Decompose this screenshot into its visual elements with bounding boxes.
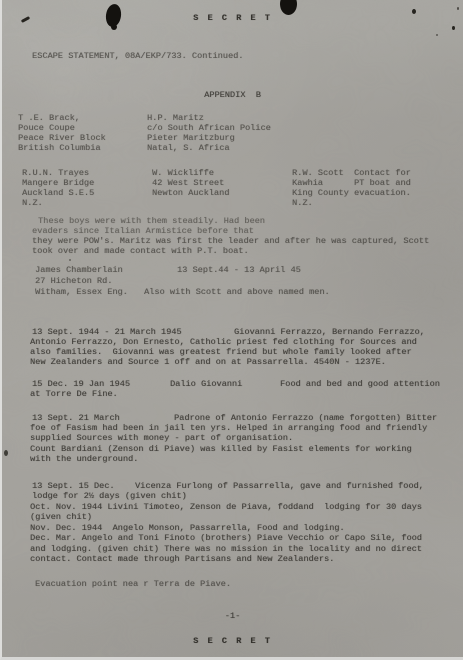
address-line: Auckland S.E.5 <box>22 188 94 199</box>
date-range: 13 Sept. 15 Dec. <box>32 481 115 492</box>
contact-name: James Chamberlain <box>35 265 123 276</box>
paragraph-line: and lodging. (given chit) There was no m… <box>30 544 422 555</box>
paragraph-line: Food and bed and good attention <box>280 379 440 390</box>
ink-speck <box>436 34 438 36</box>
classification-stamp-bottom: S E C R E T <box>2 636 463 647</box>
paragraph-line: foe of Fasism had been in jail ten yrs. … <box>30 423 427 434</box>
paragraph-line: These boys were with them steadily. Had … <box>38 216 265 227</box>
address-line: Peace River Block <box>18 133 106 144</box>
address-line: Pieter Maritzburg <box>147 133 235 144</box>
date-range: 13 Sept. 21 March <box>32 413 120 424</box>
paragraph-line: New Zealanders and Source 1 off and on a… <box>30 357 386 368</box>
paragraph-line: lodge for 2½ days (given chit) <box>32 491 187 502</box>
contact-name: Dalio Giovanni <box>170 379 242 390</box>
date-range: 13 Sept. 1944 - 21 March 1945 <box>32 327 182 338</box>
address-line: W. Wickliffe <box>152 168 214 179</box>
address-line: Newton Auckland <box>152 188 229 199</box>
scanned-document-page: S E C R E T ESCAPE STATEMENT, 08A/EKP/73… <box>0 0 463 660</box>
ink-speck <box>457 7 459 10</box>
address-line: N.Z. <box>292 198 313 209</box>
contact-note-line: Also with Scott and above named men. <box>144 287 330 298</box>
paragraph-line: Oct. Nov. 1944 Livini Timoteo, Zenson de… <box>30 502 422 513</box>
address-line: Witham, Essex Eng. <box>35 287 128 298</box>
paragraph-line: Dec. Mar. Angelo and Toni Finoto (brothe… <box>30 533 422 544</box>
date-range: 15 Dec. 19 Jan 1945 <box>32 379 130 390</box>
evacuation-note: Evacuation point nea r Terra de Piave. <box>35 579 231 590</box>
paragraph-line: (given chit) <box>30 512 92 523</box>
paragraph-line: at Torre De Fine. <box>30 389 118 400</box>
ink-blot <box>111 24 117 30</box>
paragraph-line: with the underground. <box>30 454 138 465</box>
paragraph-line: Nov. Dec. 1944 Angelo Monson, Passarrell… <box>30 523 345 534</box>
paragraph-line: Padrone of Antonio Ferrazzo (name forgot… <box>174 413 437 424</box>
paragraph-line: supplied Sources with money - part of or… <box>30 433 293 444</box>
address-line: Kawhia <box>292 178 323 189</box>
paragraph-line: evaders since Italian Armistice before t… <box>32 226 254 237</box>
appendix-title: APPENDIX B <box>2 90 463 101</box>
paragraph-line: took over and made contact with P.T. boa… <box>32 246 249 257</box>
address-line: c/o South African Police <box>147 123 271 134</box>
page-number: -1- <box>2 611 463 622</box>
address-line: Mangere Bridge <box>22 178 94 189</box>
ink-speck <box>69 259 71 261</box>
date-range: 13 Sept.44 - 13 April 45 <box>177 265 301 276</box>
address-line: N.Z. <box>22 198 43 209</box>
classification-stamp-top: S E C R E T <box>2 13 463 24</box>
address-line: R.U.N. Trayes <box>22 168 89 179</box>
paragraph-line: also families. Giovanni was greatest fri… <box>30 347 412 358</box>
address-line: R.W. Scott <box>292 168 344 179</box>
ink-speck <box>452 26 455 30</box>
contact-note-line: Contact for <box>354 168 411 179</box>
address-line: Pouce Coupe <box>18 123 75 134</box>
ink-speck <box>4 450 8 456</box>
address-line: H.P. Maritz <box>147 113 204 124</box>
address-line: T .E. Brack, <box>18 113 80 124</box>
paragraph-line: Count Bardiani (Zenson di Piave) was kil… <box>30 444 412 455</box>
address-line: Natal, S. Africa <box>147 143 230 154</box>
contact-note-line: PT boat and <box>354 178 411 189</box>
address-line: British Columbia <box>18 143 101 154</box>
document-reference: ESCAPE STATEMENT, 08A/EKP/733. Continued… <box>32 51 243 62</box>
address-line: 27 Hicheton Rd. <box>35 276 112 287</box>
address-line: King County <box>292 188 349 199</box>
paragraph-line: Vicenza Furlong of Passarrella, gave and… <box>135 481 424 492</box>
paragraph-line: contact. Contact made through Partisans … <box>30 554 334 565</box>
paragraph-line: they were POW's. Maritz was first the le… <box>32 236 429 247</box>
contact-note-line: evacuation. <box>354 188 411 199</box>
paragraph-line: Giovanni Ferrazzo, Bernando Ferrazzo, <box>234 327 425 338</box>
address-line: 42 West Street <box>152 178 224 189</box>
paragraph-line: Antonio Ferrazzo, Don Ernesto, Catholic … <box>30 337 417 348</box>
